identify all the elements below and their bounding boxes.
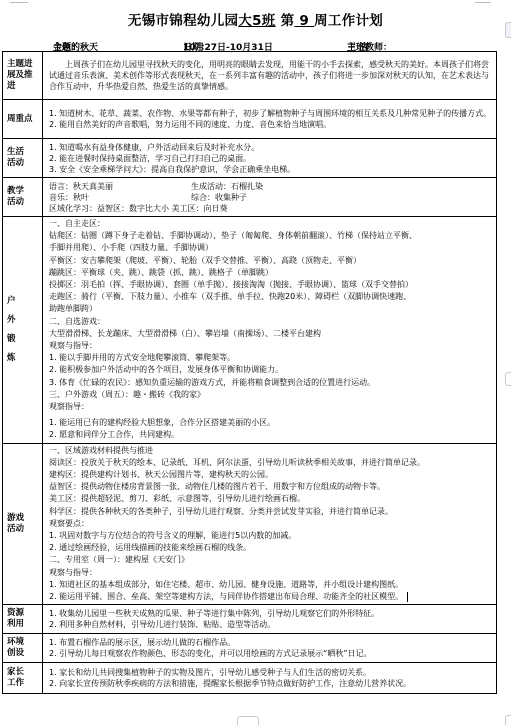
outdoor-line: 1. 能以手脚并用的方式安全地爬攀滚筒、攀爬架等。 — [49, 352, 493, 364]
document-title: 无锡市锦程幼儿园大5班 第 9 周工作计划 — [0, 9, 511, 29]
row-environment: 环境 创设 1. 布置石榴作品的展示区，展示幼儿做的石榴作品。 2. 引导幼儿每… — [3, 634, 497, 663]
game-line: 美工区：提供超轻泥、剪刀、彩纸、示意图等，引导幼儿进行绘画石榴。 — [49, 493, 493, 505]
game-line: 益智区：提供动物住楼房背景图一张、动物住几楼的图片若干、用数字和方位组成的动物卡… — [49, 481, 493, 493]
text-cursor — [407, 592, 408, 602]
game-line-last: 2. 能运用平铺、围合、垒高、架空等建构方法，与同伴协作搭建出布局合理、功能齐全… — [49, 591, 493, 603]
outdoor-line: 观察与指导： — [49, 340, 493, 352]
row-weekly-focus: 周重点 1. 知道树木、花草、蔬菜、农作物、水果等都有种子，初步了解植物种子与周… — [3, 100, 497, 139]
resource-item: 1. 收集幼儿园里一些秋天成熟的瓜果、种子等进行集中陈列，引导幼儿观察它们的外形… — [49, 608, 493, 619]
label-outdoor-exercise: 户 外 锻 炼 — [3, 217, 43, 444]
environment-item: 2. 引导幼儿每日观察农作物颜色、形态的变化，并可以用绘画的方式记录展示“晒秋”… — [49, 648, 493, 659]
outdoor-line: 平衡区：安吉攀爬架（爬坡、平衡）、轮胎（双手交替推、平衡）、高跷（顶物走、平衡） — [49, 255, 493, 267]
label-teaching-activities: 教学 活动 — [3, 178, 43, 217]
outdoor-line: 蹦跳区：平衡球（夹、跳）、跳袋（抓、跳）、跳格子（单脚跳） — [49, 267, 493, 279]
game-activities-content: 一、区域游戏材料提供与推进 阅读区：投放关于秋天的绘本、记录纸、耳机、阿尔法蛋，… — [43, 443, 497, 605]
game-line: 2. 通过绘画经验，运用线描画的技能来绘画石榴的线条。 — [49, 542, 493, 554]
environment-item: 1. 布置石榴作品的展示区，展示幼儿做的石榴作品。 — [49, 637, 493, 648]
environment-content: 1. 布置石榴作品的展示区，展示幼儿做的石榴作品。 2. 引导幼儿每日观察农作物… — [43, 634, 497, 663]
game-line: 观察与指导： — [49, 567, 493, 579]
page-corner-mark-left — [10, 0, 28, 3]
label-life-activities: 生活 活动 — [3, 139, 43, 178]
row-parent-work: 家长 工作 1. 家长和幼儿共同搜集植物种子的实物及图片，引导幼儿感受种子与人们… — [3, 663, 497, 694]
parent-work-content: 1. 家长和幼儿共同搜集植物种子的实物及图片，引导幼儿感受种子与人们生活的密切关… — [43, 663, 497, 694]
game-line: 阅读区：投放关于秋天的绘本、记录纸、耳机、阿尔法蛋，引导幼儿听读秋季相关故事，并… — [49, 457, 493, 469]
generated-activity: 生成活动：石榴扎染 — [191, 181, 263, 192]
game-line: 1. 知道社区的基本组成部分，如住宅楼、超市、幼儿园、健身设施、道路等，并小组设… — [49, 579, 493, 591]
label-resource-use: 资源 利用 — [3, 605, 43, 634]
label-weekly-focus: 周重点 — [3, 100, 43, 139]
game-line: 建构区：提供建构计划书、秋天公园图片等，建构秋天的公园。 — [49, 469, 493, 481]
resource-item: 2. 利用多种自然材料，引导幼儿进行装饰、粘贴、造型等活动。 — [49, 619, 493, 630]
outdoor-line: 一、自主走区： — [49, 218, 493, 230]
teaching-activities-content: 语言：秋天真美丽 生成活动：石榴扎染 音乐：秋叶 综合：收集种子 区域化学习：益… — [43, 178, 497, 217]
game-line: 二、专用室（周一）：建构屋《天安门》 — [49, 554, 493, 566]
label-game-activities: 游戏 活动 — [3, 443, 43, 605]
outdoor-exercise-content: 一、自主走区： 钻爬区：钻圈（蹲下身子走着钻、手脚协调动）、垫子（匍匐爬、身体朝… — [43, 217, 497, 444]
row-teaching-activities: 教学 活动 语言：秋天真美丽 生成活动：石榴扎染 音乐：秋叶 综合：收集种子 区… — [3, 178, 497, 217]
teaching-row: 音乐：秋叶 综合：收集种子 — [49, 192, 493, 203]
page-nav-button[interactable] — [505, 715, 511, 725]
language-activity: 语言：秋天真美丽 — [49, 181, 191, 192]
class-name: 大5班 — [238, 13, 275, 29]
label-environment: 环境 创设 — [3, 634, 43, 663]
label-theme-progress: 主题进展及推进 — [3, 52, 43, 100]
row-theme-progress: 主题进展及推进 上周孩子们在幼儿园里寻找秋天的变化，用明亮的眼睛去发现，用能干的… — [3, 52, 497, 100]
life-activities-content: 1. 知道喝水有益身体健康，户外活动回来后及时补充水分。 2. 能在进餐时保持桌… — [43, 139, 497, 178]
week-prefix: 第 — [281, 13, 295, 29]
kindergarten-name: 无锡市锦程幼儿园 — [128, 13, 238, 29]
outdoor-line: 三、户外游戏（周五）：趣・搬砖《我的家》 — [49, 389, 493, 401]
outdoor-line: 钻爬区：钻圈（蹲下身子走着钻、手脚协调动）、垫子（匍匐爬、身体朝前翻滚）、竹梯（… — [49, 230, 493, 242]
week-suffix: 周工作计划 — [314, 13, 383, 29]
music-activity: 音乐：秋叶 — [49, 192, 191, 203]
week-number: 9 — [294, 13, 314, 29]
outdoor-line: 3. 体育《忙碌的农民》：感知负重运输的游戏方式，并能将粮食调整到合适的位置进行… — [49, 377, 493, 389]
integrated-activity: 综合：收集种子 — [191, 192, 247, 203]
add-page-button[interactable] — [237, 716, 259, 725]
outdoor-line: 投掷区：羽毛拍（挥、手眼协调）、套圈（单手抛）、接接淘淘（抛接、手眼协调）、篮球… — [49, 279, 493, 291]
outdoor-line: 观察指导： — [49, 401, 493, 413]
row-game-activities: 游戏 活动 一、区域游戏材料提供与推进 阅读区：投放关于秋天的绘本、记录纸、耳机… — [3, 443, 497, 605]
weekly-plan-table: 主题进展及推进 上周孩子们在幼儿园里寻找秋天的变化，用明亮的眼睛去发现，用能干的… — [2, 51, 497, 694]
parent-item: 1. 家长和幼儿共同搜集植物种子的实物及图片，引导幼儿感受种子与人们生活的密切关… — [49, 667, 493, 678]
row-resource-use: 资源 利用 1. 收集幼儿园里一些秋天成熟的瓜果、种子等进行集中陈列，引导幼儿观… — [3, 605, 497, 634]
outdoor-line: 2. 愿意和同伴分工合作，共同建构。 — [49, 429, 493, 441]
focus-item: 2. 能用自然美好的声音歌唱，努力运用不同的速度、力度、音色来恰当地演唱。 — [49, 119, 493, 130]
game-line: 一、区域游戏材料提供与推进 — [49, 445, 493, 457]
parent-item: 2. 向家长宣传预防秋季疾病的方法和措施，提醒家长根据季节特点做好防护工作，注意… — [49, 678, 493, 689]
side-panel-tab-secondary[interactable] — [505, 372, 511, 386]
outdoor-line: 1. 能运用已有的建构经验大胆想象，合作分区搭建美丽的小区。 — [49, 417, 493, 429]
page-corner-mark-right — [475, 0, 491, 3]
game-line: 1. 巩固对数字与方位结合的符号含义的理解，能进行5以内数的加减。 — [49, 530, 493, 542]
label-parent-work: 家长 工作 — [3, 663, 43, 694]
outdoor-line: 2. 能积极参加户外活动中的各个项目，发展身体平衡和协调能力。 — [49, 364, 493, 376]
game-line: 观察要点： — [49, 518, 493, 530]
outdoor-line: 大型滑滑梯、长龙蹦床、大型滑滑梯（白）、攀岩墙（南操场）、二楼平台建构 — [49, 328, 493, 340]
row-life-activities: 生活 活动 1. 知道喝水有益身体健康，户外活动回来后及时补充水分。 2. 能在… — [3, 139, 497, 178]
weekly-focus-content: 1. 知道树木、花草、蔬菜、农作物、水果等都有种子，初步了解植物种子与周围环境的… — [43, 100, 497, 139]
game-line: 科学区：提供各种秋天的各类种子，引导幼儿进行观察、分类并尝试发芽实验，并进行简单… — [49, 506, 493, 518]
life-item: 1. 知道喝水有益身体健康，户外活动回来后及时补充水分。 — [49, 142, 493, 153]
outdoor-line: 助跑单脚跨） — [49, 303, 493, 315]
zone-learning: 区域化学习：益智区：数字比大小 美工区：向日葵 — [49, 203, 493, 214]
theme-progress-text: 上周孩子们在幼儿园里寻找秋天的变化，用明亮的眼睛去发现，用能干的小手去探索，感受… — [43, 52, 497, 100]
teaching-row: 语言：秋天真美丽 生成活动：石榴扎染 — [49, 181, 493, 192]
focus-item: 1. 知道树木、花草、蔬菜、农作物、水果等都有种子，初步了解植物种子与周围环境的… — [49, 108, 493, 119]
life-item: 2. 能在进餐时保持桌面整洁，学习自己打扫自己的桌面。 — [49, 153, 493, 164]
row-outdoor-exercise: 户 外 锻 炼 一、自主走区： 钻爬区：钻圈（蹲下身子走着钻、手脚协调动）、垫子… — [3, 217, 497, 444]
life-item: 3. 安全《安全乘梯学问大》：提高自我保护意识，学会正确乘坐电梯。 — [49, 164, 493, 175]
resource-use-content: 1. 收集幼儿园里一些秋天成熟的瓜果、种子等进行集中陈列，引导幼儿观察它们的外形… — [43, 605, 497, 634]
outdoor-line: 手脚并用爬）、小手爬（四肢力量、手脚协调） — [49, 242, 493, 254]
outdoor-line: 二、自选游戏： — [49, 316, 493, 328]
outdoor-line: 走跑区：骑行（平衡、下肢力量）、小推车（双手推、单手拉、快跑20米）、障碍栏（双… — [49, 291, 493, 303]
